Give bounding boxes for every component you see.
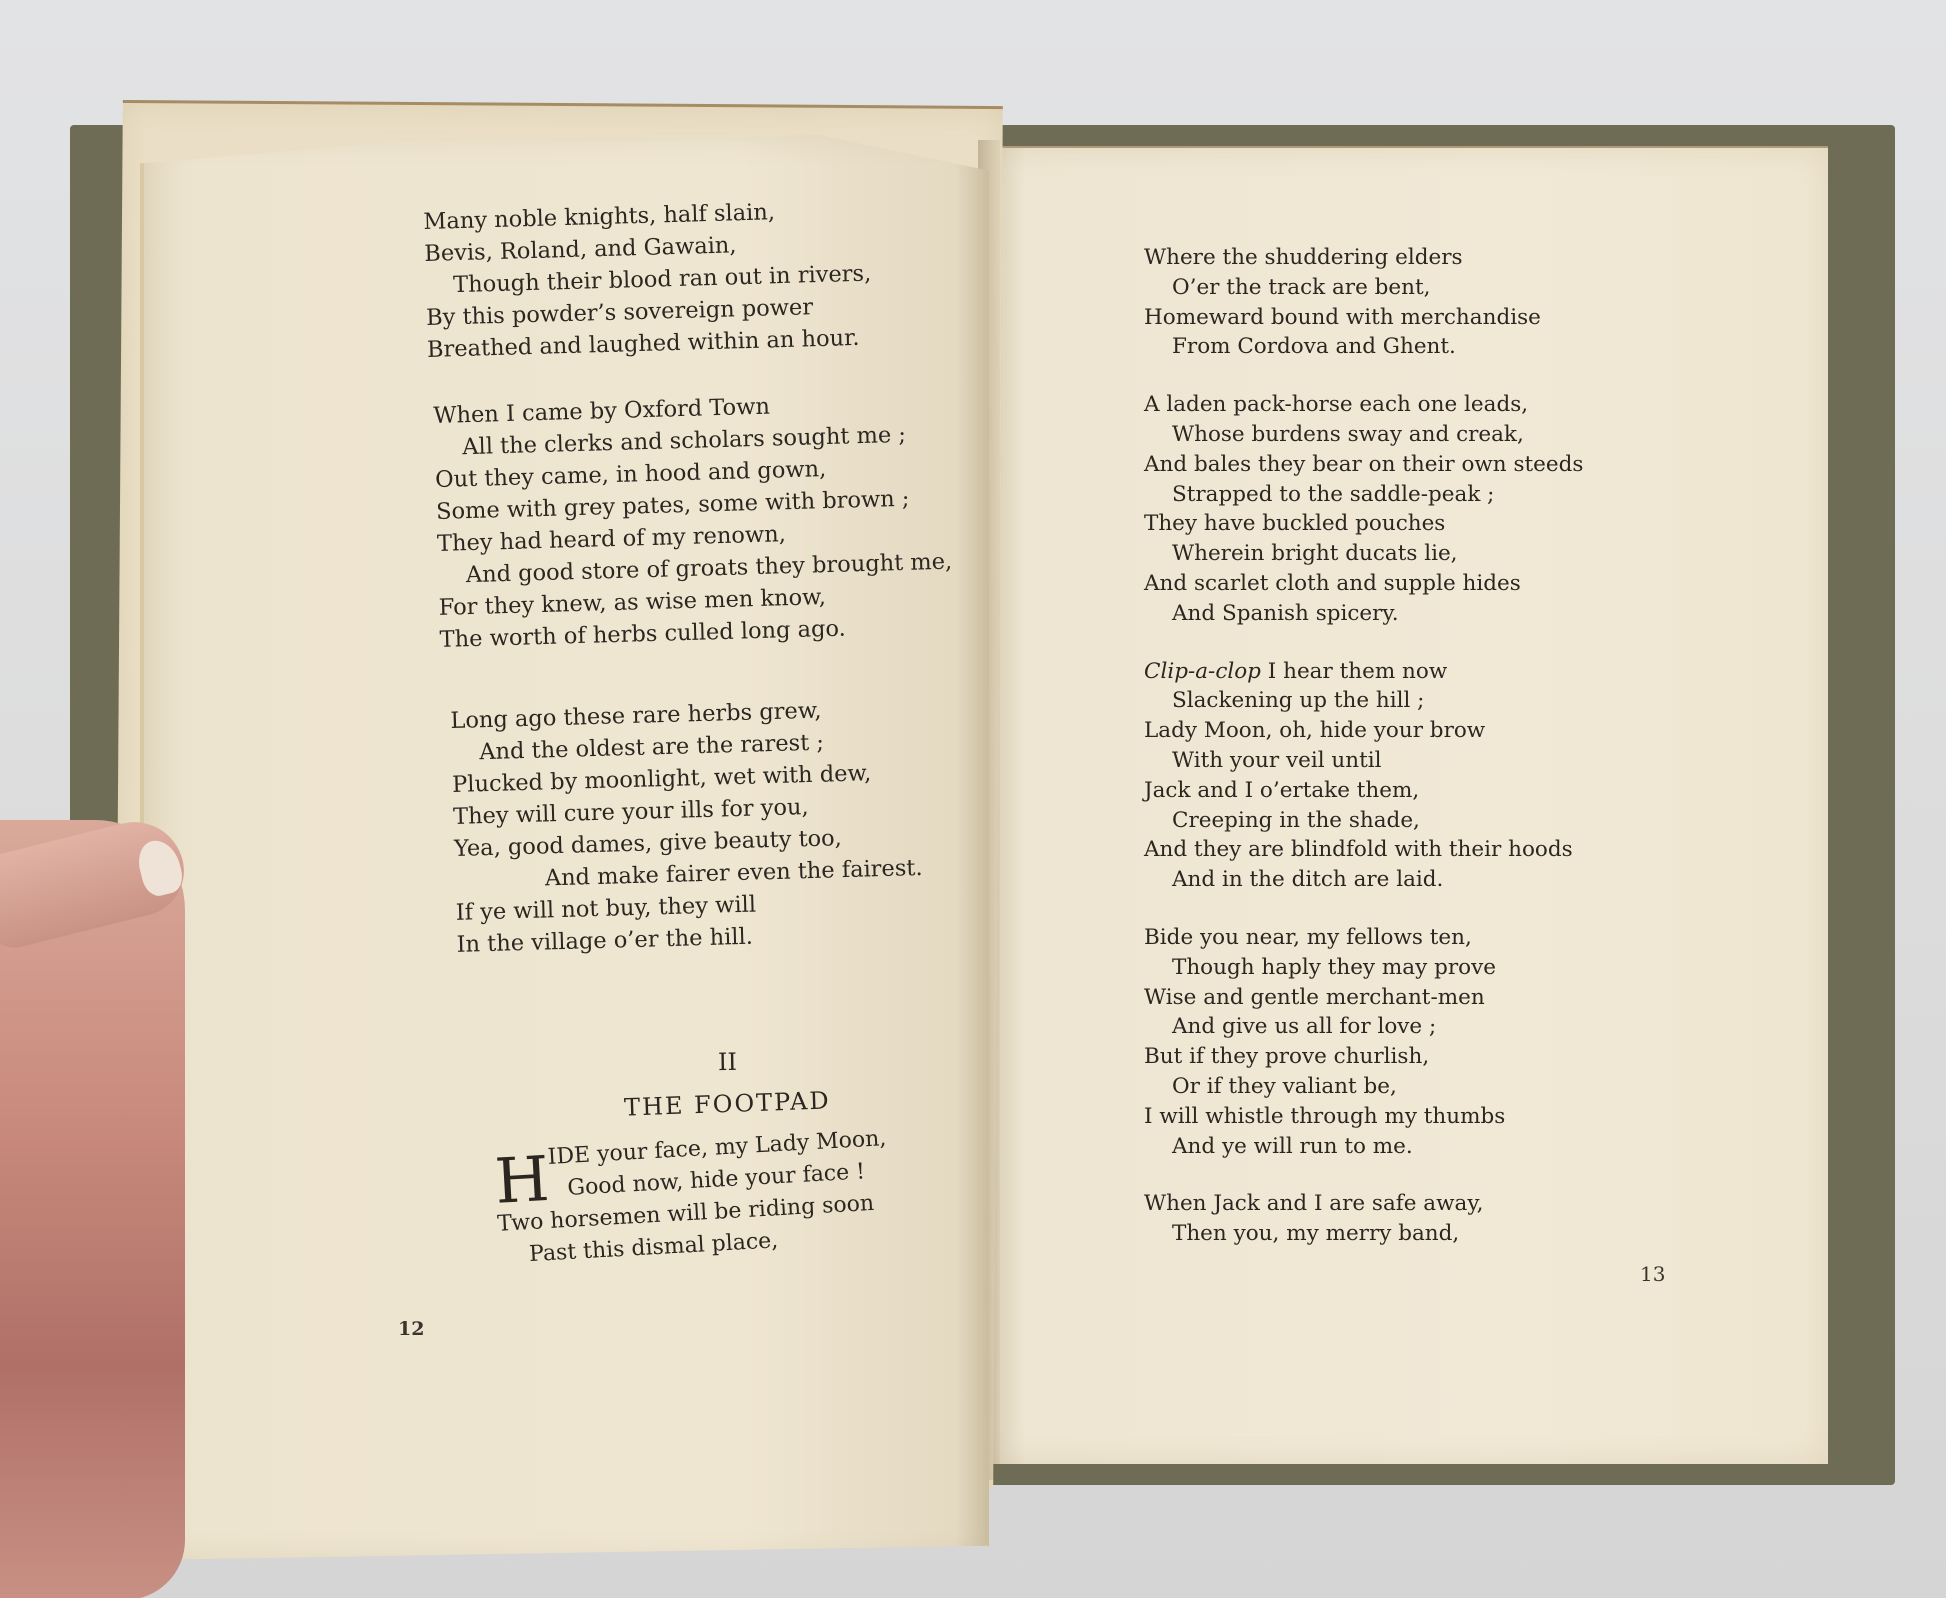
verse-line: With your veil until (1144, 746, 1583, 776)
verse-line-rest: I hear them now (1261, 659, 1447, 684)
verse-line: Slackening up the hill ; (1144, 686, 1583, 716)
left-stanza-1: Many noble knights, half slain, Bevis, R… (423, 194, 873, 366)
left-stanza-2: When I came by Oxford Town All the clerk… (433, 386, 954, 656)
verse-line: Then you, my merry band, (1144, 1219, 1583, 1249)
verse-line: And in the ditch are laid. (1144, 865, 1583, 895)
section-number: II (718, 1048, 737, 1076)
verse-line: And bales they bear on their own steeds (1144, 450, 1583, 480)
verse-line: Jack and I o’ertake them, (1144, 776, 1583, 806)
verse-line: Where the shuddering elders (1144, 243, 1583, 273)
verse-line: Lady Moon, oh, hide your brow (1144, 716, 1583, 746)
italic-phrase: Clip-a-clop (1144, 659, 1261, 684)
verse-line: Though haply they may prove (1144, 953, 1583, 983)
drop-cap: H (493, 1148, 550, 1213)
verse-line: Or if they valiant be, (1144, 1072, 1583, 1102)
verse-line: O’er the track are bent, (1144, 273, 1583, 303)
verse-line: Whose burdens sway and creak, (1144, 420, 1583, 450)
right-page-text: Where the shuddering elders O’er the tra… (1144, 243, 1583, 1249)
stanza-gap (1144, 362, 1583, 390)
page-number-left: 12 (398, 1318, 424, 1340)
verse-line: Wise and gentle merchant-men (1144, 983, 1583, 1013)
left-stanza-3: Long ago these rare herbs grew, And the … (450, 692, 925, 961)
footpad-opening: H IDE your face, my Lady Moon, Good now,… (493, 1123, 893, 1273)
verse-line: Clip-a-clop I hear them now (1144, 657, 1583, 687)
verse-line: When Jack and I are safe away, (1144, 1189, 1583, 1219)
stanza-gap (1144, 629, 1583, 657)
verse-line: Creeping in the shade, (1144, 806, 1583, 836)
verse-line: But if they prove churlish, (1144, 1042, 1583, 1072)
verse-line: And scarlet cloth and supple hides (1144, 569, 1583, 599)
verse-line: They have buckled pouches (1144, 509, 1583, 539)
verse-line: And Spanish spicery. (1144, 599, 1583, 629)
verse-line: I will whistle through my thumbs (1144, 1102, 1583, 1132)
verse-line: Homeward bound with merchandise (1144, 303, 1583, 333)
verse-line: Bide you near, my fellows ten, (1144, 923, 1583, 953)
verse-line: A laden pack-horse each one leads, (1144, 390, 1583, 420)
page-number-right: 13 (1640, 1262, 1665, 1286)
verse-line: From Cordova and Ghent. (1144, 332, 1583, 362)
stanza-gap (1144, 895, 1583, 923)
verse-line: And ye will run to me. (1144, 1132, 1583, 1162)
verse-line: And give us all for love ; (1144, 1012, 1583, 1042)
verse-line: And they are blindfold with their hoods (1144, 835, 1583, 865)
verse-line: Wherein bright ducats lie, (1144, 539, 1583, 569)
stanza-gap (1144, 1161, 1583, 1189)
verse-line: Strapped to the saddle-peak ; (1144, 480, 1583, 510)
